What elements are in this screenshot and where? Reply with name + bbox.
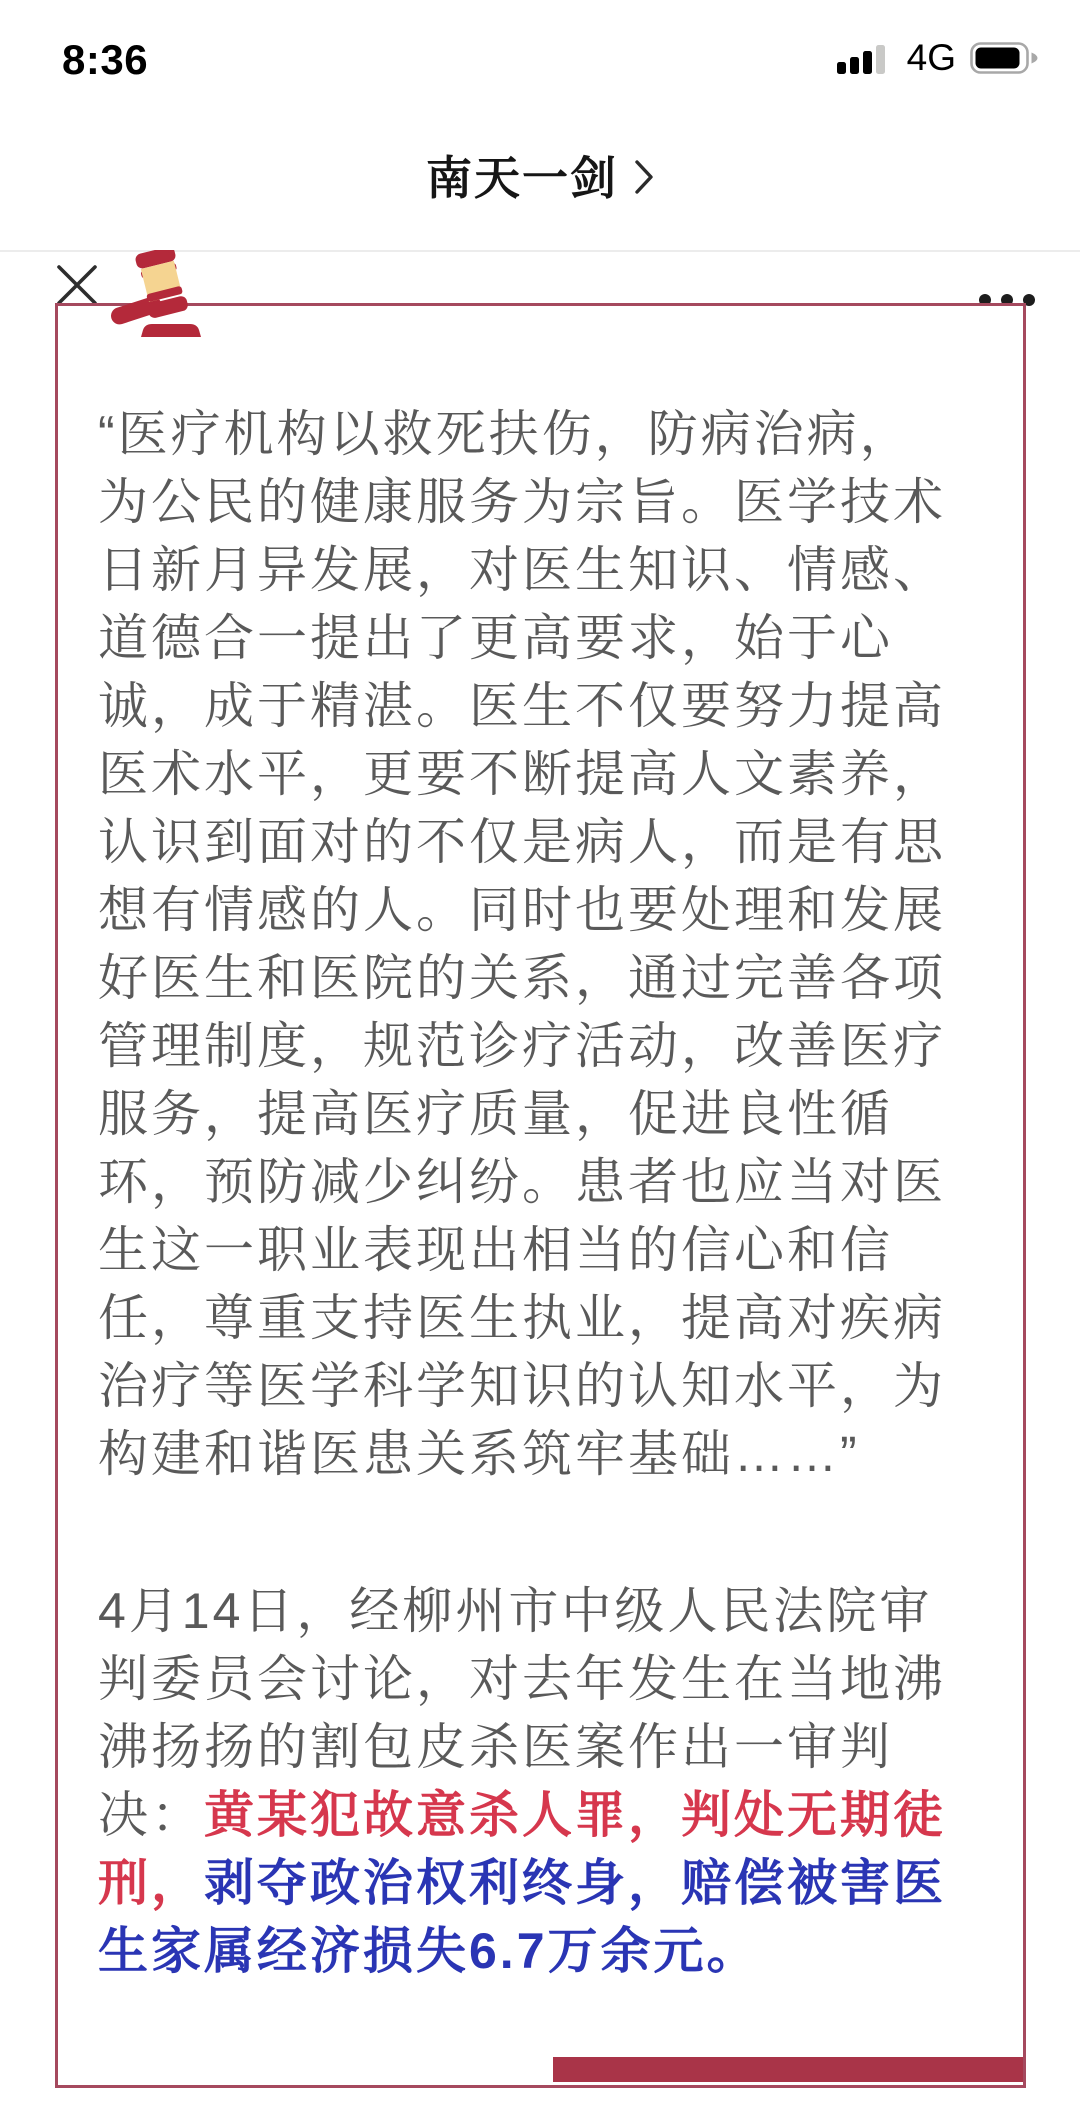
nav-bar: 南天一剑 <box>0 100 1080 252</box>
close-icon[interactable] <box>55 263 99 307</box>
verdict-blue-text: 剥夺政治权利终身，赔偿被害医生家属经济损失6.7万余元。 <box>98 1855 946 1979</box>
chevron-right-icon <box>634 159 654 195</box>
network-label: 4G <box>907 37 956 79</box>
article-border-box: “医疗机构以救死扶伤，防病治病，为公民的健康服务为宗旨。医学技术日新月异发展，对… <box>55 303 1026 2088</box>
page-title: 南天一剑 <box>426 142 618 208</box>
gavel-icon <box>104 250 206 340</box>
quote-paragraph: “医疗机构以救死扶伤，防病治病，为公民的健康服务为宗旨。医学技术日新月异发展，对… <box>58 400 1023 1488</box>
article-source-title[interactable]: 南天一剑 <box>0 100 1080 250</box>
status-bar: 8:36 4G <box>0 0 1080 100</box>
cellular-signal-icon <box>837 40 893 76</box>
battery-icon <box>970 42 1038 74</box>
phone-screen: 8:36 4G 南天一剑 <box>0 0 1080 2119</box>
status-time: 8:36 <box>62 36 148 84</box>
decorative-bottom-bar <box>553 2057 1023 2082</box>
verdict-paragraph: 4月14日，经柳州市中级人民法院审判委员会讨论，对去年发生在当地沸沸扬扬的割包皮… <box>58 1577 1023 1985</box>
status-icons: 4G <box>837 40 1038 76</box>
